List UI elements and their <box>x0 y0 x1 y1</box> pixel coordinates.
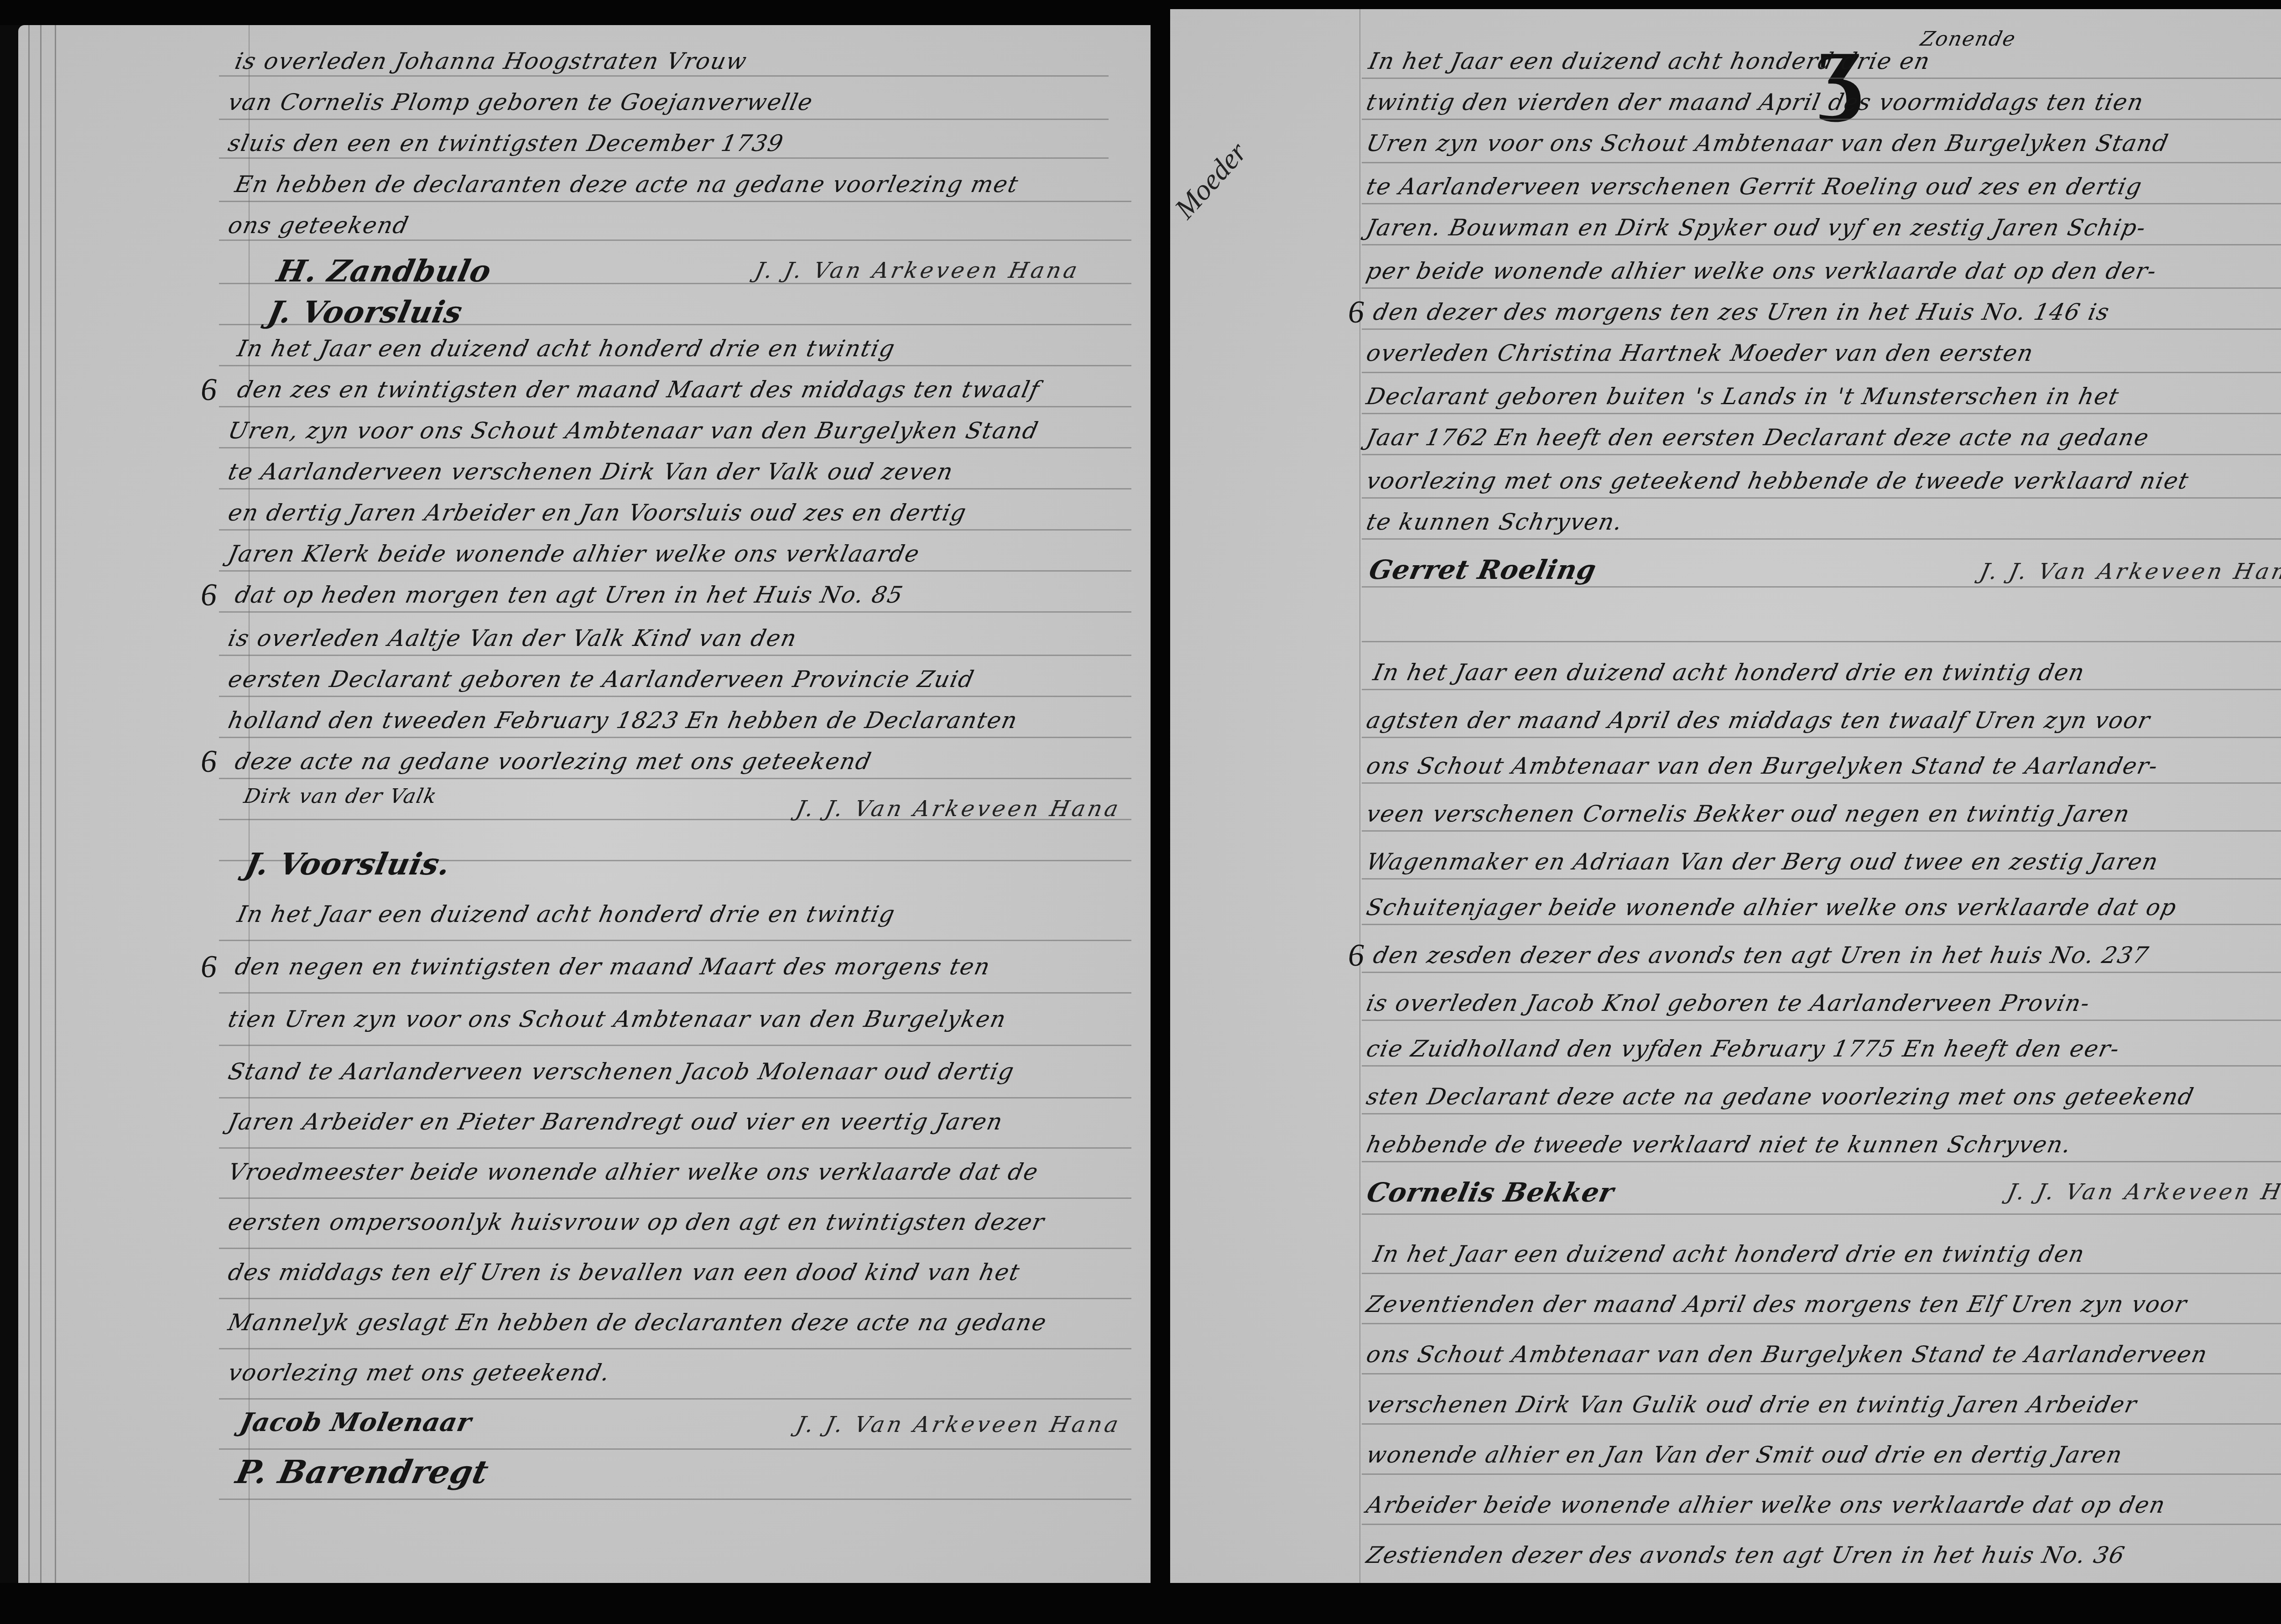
text-line: In het Jaar een duizend acht honderd dri… <box>1366 48 1933 74</box>
witness-signature: J. Voorsluis. <box>242 846 454 882</box>
margin-line <box>1359 9 1360 1588</box>
text-line: tien Uren zyn voor ons Schout Ambtenaar … <box>226 1006 1009 1032</box>
ruled-line <box>1362 78 2281 79</box>
text-line: Stand te Aarlanderveen verschenen Jacob … <box>226 1058 1017 1085</box>
text-line: te kunnen Schryven. <box>1364 509 1625 535</box>
ruled-line <box>1362 1373 2281 1374</box>
right-page: Moeder ʒ Zonende In het Jaar een duizend… <box>1170 9 2281 1588</box>
text-line: hebbende de tweede verklaard niet te kun… <box>1364 1131 2074 1158</box>
text-line: dat op heden morgen ten agt Uren in het … <box>233 582 906 608</box>
ruled-line <box>219 1298 1131 1299</box>
registrar-signature: J. J. Van Arkeveen Hana. <box>2005 1179 2281 1205</box>
ruled-line <box>1362 413 2281 414</box>
text-line: Arbeider beide wonende alhier welke ons … <box>1364 1492 2168 1518</box>
ruled-line <box>1362 782 2281 784</box>
ruled-line <box>1362 737 2281 738</box>
text-line: eersten Declarant geboren te Aarlanderve… <box>226 666 977 692</box>
ruled-line <box>1362 1423 2281 1425</box>
text-line: In het Jaar een duizend acht honderd dri… <box>235 901 898 927</box>
left-page: is overleden Johanna Hoogstraten Vrouw v… <box>18 25 1154 1585</box>
page-stack-edge <box>55 25 56 1585</box>
ruled-line <box>1362 162 2281 163</box>
ruled-line <box>1362 1473 2281 1475</box>
text-line: Zeventienden der maand April des morgens… <box>1364 1291 2190 1317</box>
text-line: deze acte na gedane voorlezing met ons g… <box>233 748 874 775</box>
margin-mark: 6 <box>201 949 217 985</box>
text-line: Vroedmeester beide wonende alhier welke … <box>226 1159 1041 1185</box>
text-line: ons geteekend <box>226 212 411 239</box>
ruled-line <box>1362 1065 2281 1067</box>
witness-signature: Jacob Molenaar <box>237 1407 474 1437</box>
ruled-line <box>219 1197 1131 1199</box>
text-line: veen verschenen Cornelis Bekker oud nege… <box>1364 801 2133 827</box>
margin-mark: 6 <box>201 744 217 780</box>
ruled-line <box>219 406 1131 407</box>
ruled-line <box>219 611 1131 613</box>
text-line: Jaren. Bouwman en Dirk Spyker oud vyf en… <box>1364 214 2149 241</box>
text-line: is overleden Jacob Knol geboren te Aarla… <box>1364 990 2093 1016</box>
text-line: twintig den vierden der maand April des … <box>1364 89 2146 115</box>
ruled-line <box>1362 641 2281 642</box>
ruled-line <box>219 75 1109 77</box>
ruled-line <box>1362 924 2281 925</box>
ruled-line <box>1362 972 2281 973</box>
ruled-line <box>1362 119 2281 120</box>
ruled-line <box>219 447 1131 448</box>
text-line: verschenen Dirk Van Gulik oud drie en tw… <box>1364 1391 2140 1418</box>
ruled-line <box>1362 372 2281 373</box>
text-line: Jaren Klerk beide wonende alhier welke o… <box>226 541 922 567</box>
ruled-line <box>219 1097 1131 1098</box>
ruled-line <box>1362 454 2281 455</box>
ruled-line <box>219 737 1131 738</box>
witness-signature: Cornelis Bekker <box>1364 1177 1617 1208</box>
margin-note: Moeder <box>1170 135 1254 225</box>
text-line: voorlezing met ons geteekend hebbende de… <box>1364 468 2192 494</box>
ruled-line <box>219 992 1131 994</box>
ruled-line <box>1362 830 2281 832</box>
ruled-line <box>1362 244 2281 245</box>
witness-signature: Dirk van der Valk <box>242 785 439 808</box>
bracket-note: Zonende <box>1918 27 2018 51</box>
text-line: voorlezing met ons geteekend. <box>226 1359 613 1386</box>
text-line: sten Declarant deze acte na gedane voorl… <box>1364 1083 2197 1110</box>
ruled-line <box>219 1045 1131 1046</box>
text-line: Zestienden dezer des avonds ten agt Uren… <box>1364 1542 2128 1568</box>
ruled-line <box>219 157 1109 159</box>
ruled-line <box>219 529 1131 531</box>
ruled-line <box>219 570 1131 572</box>
ruled-line <box>219 239 1131 241</box>
ruled-line <box>219 655 1131 656</box>
witness-signature: P. Barendregt <box>233 1453 492 1491</box>
text-line: Mannelyk geslagt En hebben de declarante… <box>226 1309 1049 1336</box>
text-line: In het Jaar een duizend acht honderd dri… <box>235 335 898 362</box>
ruled-line <box>1362 538 2281 540</box>
text-line: Uren zyn voor ons Schout Ambtenaar van d… <box>1364 130 2171 156</box>
ruled-line <box>1362 689 2281 690</box>
text-line: den zes en twintigsten der maand Maart d… <box>235 376 1042 403</box>
ruled-line <box>1362 203 2281 204</box>
ruled-line <box>219 696 1131 697</box>
ruled-line <box>1362 1020 2281 1021</box>
text-line: en dertig Jaren Arbeider en Jan Voorslui… <box>226 500 969 526</box>
registrar-signature: J. J. Van Arkeveen Hana <box>794 796 1123 822</box>
ruled-line <box>219 940 1131 941</box>
ruled-line <box>1362 1524 2281 1525</box>
text-line: In het Jaar een duizend acht honderd dri… <box>1371 659 2088 686</box>
ruled-line <box>219 778 1131 779</box>
witness-signature: H. Zandbulo <box>274 253 495 289</box>
text-line: Jaar 1762 En heeft den eersten Declarant… <box>1364 424 2152 451</box>
text-line: holland den tweeden February 1823 En heb… <box>226 707 1021 734</box>
text-line: te Aarlanderveen verschenen Gerrit Roeli… <box>1364 173 2145 200</box>
text-line: Jaren Arbeider en Pieter Barendregt oud … <box>226 1109 1005 1135</box>
text-line: den negen en twintigsten der maand Maart… <box>233 953 993 980</box>
ruled-line <box>219 365 1131 366</box>
text-line: is overleden Aaltje Van der Valk Kind va… <box>226 625 800 651</box>
margin-mark: 6 <box>201 372 217 408</box>
ruled-line <box>1362 497 2281 499</box>
page-stack-edge <box>40 25 42 1585</box>
text-line: Uren, zyn voor ons Schout Ambtenaar van … <box>226 417 1041 444</box>
text-line: agtsten der maand April des middags ten … <box>1364 707 2153 734</box>
ruled-line <box>219 119 1109 120</box>
text-line: den dezer des morgens ten zes Uren in he… <box>1371 299 2112 325</box>
text-line: In het Jaar een duizend acht honderd dri… <box>1371 1241 2088 1267</box>
text-line: des middags ten elf Uren is bevallen van… <box>226 1259 1023 1286</box>
ruled-line <box>1362 1161 2281 1162</box>
text-line: Schuitenjager beide wonende alhier welke… <box>1364 894 2179 921</box>
page-stack-edge <box>28 25 30 1585</box>
ruled-line <box>1362 878 2281 880</box>
ruled-line <box>1362 586 2281 588</box>
margin-mark: 6 <box>1348 294 1364 331</box>
text-line: Declarant geboren buiten 's Lands in 't … <box>1364 383 2122 410</box>
text-line: van Cornelis Plomp geboren te Goejanverw… <box>226 89 816 115</box>
text-line: Wagenmaker en Adriaan Van der Berg oud t… <box>1364 848 2161 875</box>
margin-mark: 6 <box>1348 937 1364 974</box>
text-line: overleden Christina Hartnek Moeder van d… <box>1364 340 2036 366</box>
text-line: is overleden Johanna Hoogstraten Vrouw <box>233 48 750 74</box>
ruled-line <box>219 1448 1131 1450</box>
book-spine <box>1151 0 1172 1624</box>
text-line: per beide wonende alhier welke ons verkl… <box>1364 258 2160 284</box>
ruled-line <box>219 1499 1131 1500</box>
ruled-line <box>219 1147 1131 1149</box>
ruled-line <box>1362 1323 2281 1324</box>
text-line: sluis den een en twintigsten December 17… <box>226 130 786 156</box>
text-line: cie Zuidholland den vyfden February 1775… <box>1364 1036 2122 1062</box>
text-line: te Aarlanderveen verschenen Dirk Van der… <box>226 458 956 485</box>
ruled-line <box>219 1348 1131 1349</box>
ruled-line <box>219 1398 1131 1400</box>
text-line: ons Schout Ambtenaar van den Burgelyken … <box>1364 753 2161 779</box>
text-line: den zesden dezer des avonds ten agt Uren… <box>1371 942 2151 968</box>
ruled-line <box>219 488 1131 489</box>
margin-mark: 6 <box>201 577 217 614</box>
ruled-line <box>1362 1113 2281 1114</box>
registrar-signature: J. J. Van Arkeveen Hana <box>1978 559 2281 584</box>
ruled-line <box>1362 287 2281 289</box>
ruled-line <box>219 1248 1131 1249</box>
text-line: eersten ompersoonlyk huisvrouw op den ag… <box>226 1209 1047 1235</box>
ruled-line <box>1362 328 2281 330</box>
witness-signature: J. Voorsluis <box>265 294 466 330</box>
registrar-signature: J. J. Van Arkeveen Hana <box>753 258 1082 283</box>
witness-signature: Gerret Roeling <box>1366 554 1599 585</box>
scan-bottom-shadow <box>0 1583 2281 1624</box>
registrar-signature: J. J. Van Arkeveen Hana <box>794 1412 1123 1437</box>
ruled-line <box>1362 1213 2281 1215</box>
ruled-line <box>219 201 1131 202</box>
ruled-line <box>1362 1273 2281 1274</box>
text-line: En hebben de declaranten deze acte na ge… <box>233 171 1021 198</box>
text-line: ons Schout Ambtenaar van den Burgelyken … <box>1364 1341 2210 1368</box>
text-line: wonende alhier en Jan Van der Smit oud d… <box>1364 1442 2125 1468</box>
